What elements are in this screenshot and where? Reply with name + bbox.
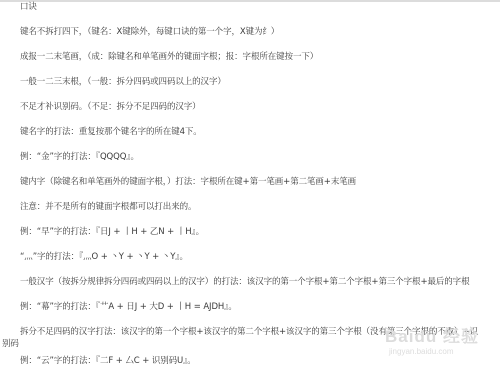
- heading: 口诀: [20, 1, 37, 13]
- text-line-11: 一般汉字（按拆分规律拆分四码或四码以上的汉字）的打法：该汉字的第一个字根+第二个…: [20, 276, 469, 288]
- text-line-10: “灬”字的打法：『灬O + 丶Y + 丶Y + 丶Y』。: [20, 251, 188, 263]
- text-line-15: 例：“云”字的打法：『二F + 厶C + 识别码U』。: [20, 355, 196, 367]
- text-line-2: 成报一二末笔画，（成：除键名和单笔画外的键面字根；报：字根所在键按一下）: [20, 51, 318, 63]
- watermark-url: jingyan.baidu.com: [389, 347, 495, 356]
- text-line-1: 键名不拆打四下，（键名：X键除外，每键口诀的第一个字，X键为纟）: [20, 26, 279, 38]
- text-line-13: 拆分不足四码的汉字打法：该汉字的第一个字根+该汉字的第二个字根+该汉字的第三个字…: [20, 326, 478, 338]
- text-line-5: 键名字的打法：重复按那个键名字的所在键4下。: [20, 126, 202, 138]
- text-line-3: 一般一二三末根，（一般：拆分四码或四码以上的汉字）: [20, 76, 226, 88]
- text-line-6: 例：“金”字的打法：『QQQQ』。: [20, 151, 139, 163]
- text-line-8: 注意：并不是所有的键面字根都可以打出来的。: [20, 201, 196, 213]
- text-line-9: 例：“早”字的打法：『日J + 丨H + 乙N + 丨H』。: [20, 226, 204, 238]
- text-line-14: 别码: [2, 338, 19, 350]
- text-line-12: 例：“幕”字的打法：『艹A + 日J + 大D + 丨H = AJDH』。: [20, 301, 237, 313]
- text-line-7: 键内字（除键名和单笔画外的键面字根，）打法：字根所在键+第一笔画+第二笔画+末笔…: [20, 176, 356, 188]
- text-line-4: 不足才补识别码。（不足：拆分不足四码的汉字）: [20, 101, 201, 113]
- top-border: [0, 0, 500, 2]
